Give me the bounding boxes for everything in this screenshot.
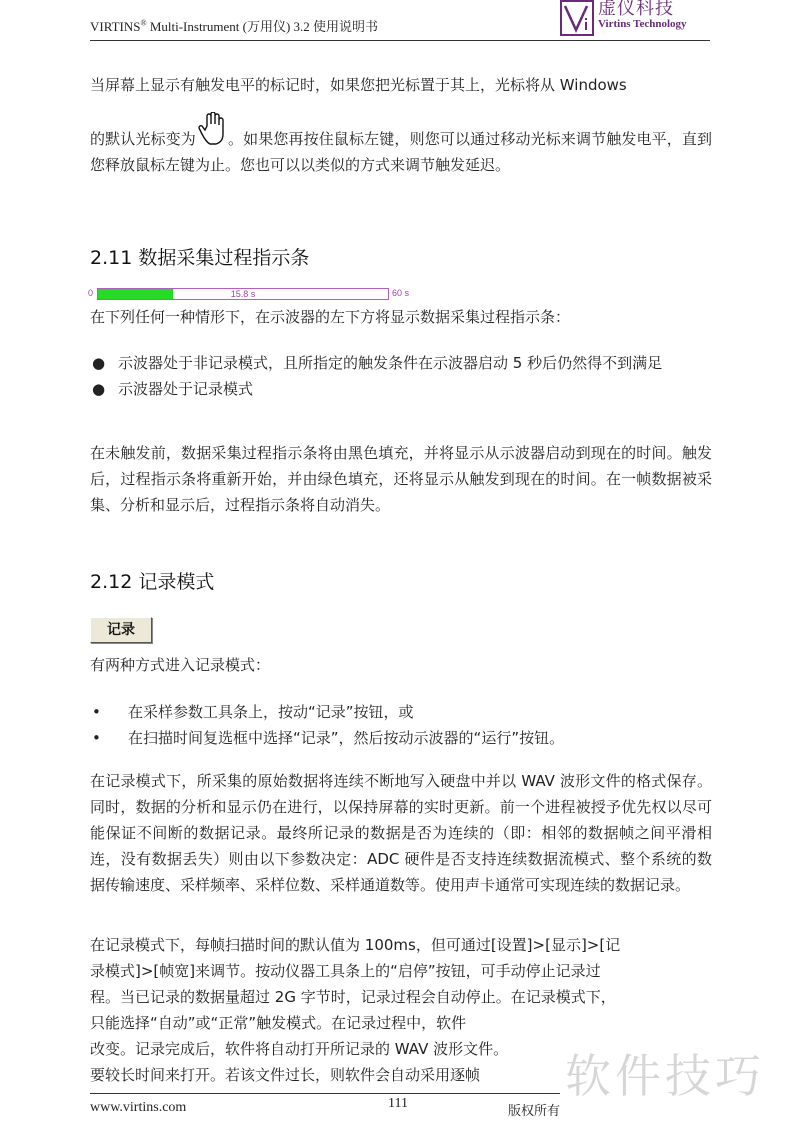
intro-line-1: 当屏幕上显示有触发电平的标记时，如果您把光标置于其上，光标将从 Windows — [90, 72, 712, 98]
progress-value-label: 15.8 s — [98, 288, 388, 300]
company-logo: 虚仪科技 Virtins Technology — [560, 0, 710, 38]
list-item: •在扫描时间复选框中选择“记录”，然后按动示波器的“运行”按钮。 — [90, 725, 712, 751]
section-2-11-bullet-list: ●示波器处于非记录模式，且所指定的触发条件在示波器启动 5 秒后仍然得不到满足 … — [90, 350, 712, 402]
bullet-icon: • — [92, 725, 101, 751]
progress-track: 15.8 s — [97, 288, 389, 300]
section-2-11-intro: 在下列任何一种情形下，在示波器的左下方将显示数据采集过程指示条： — [90, 304, 712, 330]
paragraph-line: 录模式]>[帧宽]来调节。按动仪器工具条上的“启停”按钮，可手动停止记录过 — [90, 958, 712, 984]
acquisition-progress-bar: 0 15.8 s 60 s — [88, 287, 328, 300]
paragraph-line: 程。当已记录的数据量超过 2G 字节时，记录过程会自动停止。在记录模式下， — [90, 984, 712, 1010]
page-header: VIRTINS® Multi-Instrument (万用仪) 3.2 使用说明… — [90, 0, 710, 41]
list-item-text: 示波器处于非记录模式，且所指定的触发条件在示波器启动 5 秒后仍然得不到满足 — [118, 354, 662, 372]
list-item-text: 在扫描时间复选框中选择“记录”，然后按动示波器的“运行”按钮。 — [128, 729, 564, 747]
progress-end-label: 60 s — [392, 287, 409, 300]
bullet-icon: ● — [92, 376, 105, 402]
logo-chinese-name: 虚仪科技 — [598, 0, 674, 20]
list-item: ●示波器处于非记录模式，且所指定的触发条件在示波器启动 5 秒后仍然得不到满足 — [90, 350, 712, 376]
footer-url: www.virtins.com — [90, 1100, 186, 1116]
intro-paragraph: 的默认光标变为。如果您再按住鼠标左键，则您可以通过移动光标来调节触发电平，直到您… — [90, 112, 712, 178]
section-heading-2-11: 2.11 数据采集过程指示条 — [90, 243, 309, 270]
bullet-icon: ● — [92, 350, 105, 376]
document-title: VIRTINS® Multi-Instrument (万用仪) 3.2 使用说明… — [90, 16, 378, 35]
watermark-text: 软件技巧 — [565, 1040, 765, 1106]
section-2-12-intro: 有两种方式进入记录模式： — [90, 652, 712, 678]
list-item: ●示波器处于记录模式 — [90, 376, 712, 402]
hand-cursor-icon — [198, 112, 226, 148]
intro-text-before-icon: 的默认光标变为 — [90, 130, 196, 148]
vi-logo-icon — [560, 0, 594, 36]
paragraph-line: 在记录模式下，每帧扫描时间的默认值为 100ms，但可通过[设置]>[显示]>[… — [90, 932, 712, 958]
section-2-12-paragraph-1: 在记录模式下，所采集的原始数据将连续不断地写入硬盘中并以 WAV 波形文件的格式… — [90, 768, 712, 898]
section-2-12-bullet-list: •在采样参数工具条上，按动“记录”按钮，或 •在扫描时间复选框中选择“记录”，然… — [90, 699, 712, 751]
section-heading-2-12: 2.12 记录模式 — [90, 567, 214, 594]
logo-english-name: Virtins Technology — [598, 18, 687, 30]
record-button[interactable]: 记录 — [90, 617, 152, 643]
list-item-text: 在采样参数工具条上，按动“记录”按钮，或 — [128, 703, 414, 721]
section-2-11-paragraph: 在未触发前，数据采集过程指示条将由黑色填充，并将显示从示波器启动到现在的时间。触… — [90, 440, 712, 518]
title-brand: VIRTINS — [90, 19, 141, 34]
list-item: •在采样参数工具条上，按动“记录”按钮，或 — [90, 699, 712, 725]
page-number: 111 — [388, 1096, 408, 1112]
bullet-icon: • — [92, 699, 101, 725]
progress-start-label: 0 — [88, 287, 93, 300]
paragraph-line: 只能选择“自动”或“正常”触发模式。在记录过程中，软件 — [90, 1010, 712, 1036]
page-footer: www.virtins.com 111 版权所有 — [90, 1093, 560, 1124]
title-text: Multi-Instrument (万用仪) 3.2 使用说明书 — [147, 19, 378, 34]
list-item-text: 示波器处于记录模式 — [118, 380, 253, 398]
footer-copyright: 版权所有 — [508, 1100, 560, 1119]
